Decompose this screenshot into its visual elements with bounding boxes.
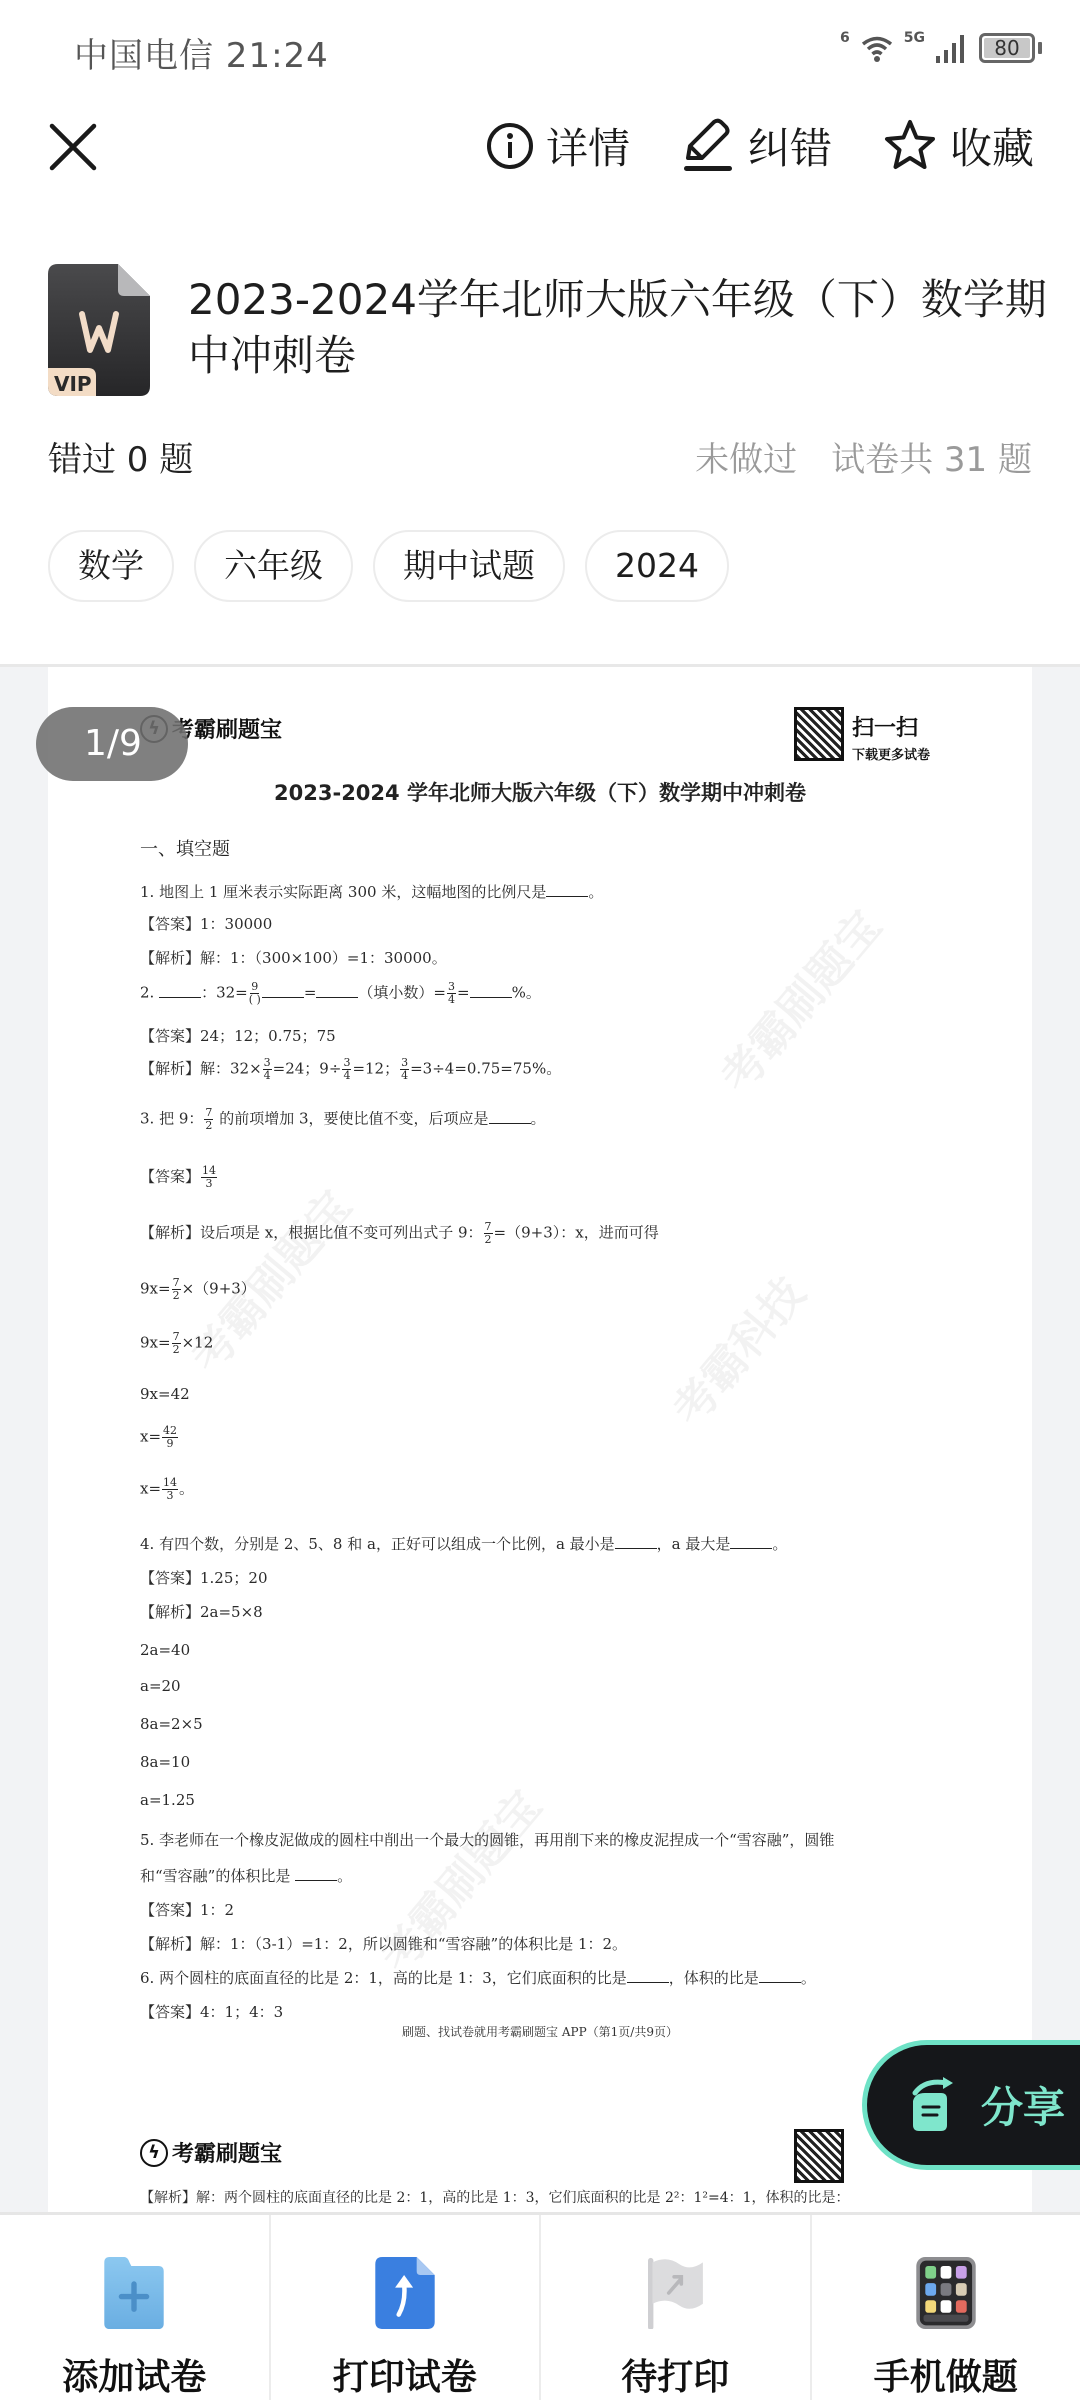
favorite-button[interactable]: 收藏 <box>882 116 1034 176</box>
tag-grade[interactable]: 六年级 <box>194 530 353 602</box>
lightning-icon: ϟ <box>140 2139 168 2167</box>
battery-icon: 80 <box>979 33 1042 63</box>
qr-code <box>794 707 844 761</box>
top-header: 详情 纠错 收藏 <box>0 100 1080 192</box>
add-folder-icon <box>101 2257 167 2329</box>
mobile-practice-button[interactable]: 手机做题 <box>812 2215 1080 2400</box>
tag-year[interactable]: 2024 <box>585 530 729 602</box>
flag-icon <box>642 2257 708 2329</box>
brand-logo: ϟ 考霸刷题宝 <box>140 2137 282 2168</box>
svg-text:VIP: VIP <box>54 372 92 396</box>
header-actions: 详情 纠错 收藏 <box>436 110 1034 182</box>
solution-step: 9x=72×（9+3） <box>140 1277 256 1302</box>
answer-3: 【答案】143 <box>140 1165 218 1190</box>
question-6: 6. 两个圆柱的底面直径的比是 2：1，高的比是 1：3，它们底面积的比是，体积… <box>140 1967 816 1988</box>
mobile-practice-label: 手机做题 <box>874 2349 1018 2400</box>
answer-2: 【答案】24；12；0.75；75 <box>140 1025 336 1046</box>
paper-title: 2023-2024 学年北师大版六年级（下）数学期中冲刺卷 <box>48 777 1032 807</box>
pending-print-label: 待打印 <box>621 2349 729 2400</box>
question-4: 4. 有四个数，分别是 2、5、8 和 a，正好可以组成一个比例，a 最小是，a… <box>140 1533 787 1554</box>
explanation-3: 【解析】设后项是 x，根据比值不变可列出式子 9：72=（9+3）：x，进而可得 <box>140 1221 659 1246</box>
qr-title: 扫一扫 <box>852 711 930 742</box>
qr-code <box>794 2129 844 2183</box>
wifi-badge: 6 <box>840 30 850 46</box>
solution-step: 9x=72×12 <box>140 1331 213 1356</box>
add-paper-label: 添加试卷 <box>62 2349 206 2400</box>
document-viewer[interactable]: 考霸刷题宝 考霸刷题宝 考霸科技 考霸刷题宝 ϟ 考霸刷题宝 扫一扫 下载更多试… <box>0 664 1080 2212</box>
answer-6: 【答案】4：1；4：3 <box>140 2001 283 2022</box>
explanation-6: 【解析】解：两个圆柱的底面直径的比是 2：1，高的比是 1：3，它们底面积的比是… <box>140 2187 850 2207</box>
section-heading: 一、填空题 <box>140 835 230 861</box>
add-paper-button[interactable]: 添加试卷 <box>0 2215 271 2400</box>
info-icon <box>486 122 534 170</box>
details-button[interactable]: 详情 <box>486 116 630 176</box>
question-5-cont: 和“雪容融”的体积比是 。 <box>140 1865 352 1886</box>
solution-step: x=429 <box>140 1425 179 1450</box>
solution-step: 2a=40 <box>140 1641 190 1659</box>
brand-name: 考霸刷题宝 <box>172 2137 282 2168</box>
meta-row: 错过 0 题 未做过试卷共 31 题 <box>48 432 1032 482</box>
pencil-icon <box>680 118 736 174</box>
network-label: 5G <box>904 30 925 46</box>
qr-subtitle: 下载更多试卷 <box>852 744 930 763</box>
tag-exam-type[interactable]: 期中试题 <box>373 530 565 602</box>
print-document-icon <box>372 2257 438 2329</box>
wifi-icon <box>860 33 894 63</box>
tag-list: 数学 六年级 期中试题 2024 <box>48 530 729 602</box>
answer-4: 【答案】1.25；20 <box>140 1567 268 1588</box>
favorite-label: 收藏 <box>950 116 1034 176</box>
status-bar: 中国电信 21:24 6 5G 80 <box>0 0 1080 100</box>
star-icon <box>882 118 938 174</box>
print-paper-label: 打印试卷 <box>333 2349 477 2400</box>
solution-step: 8a=2×5 <box>140 1715 203 1733</box>
answer-1: 【答案】1：30000 <box>140 913 272 934</box>
report-error-label: 纠错 <box>748 116 832 176</box>
report-error-button[interactable]: 纠错 <box>680 116 832 176</box>
total-questions: 试卷共 31 题 <box>831 440 1032 480</box>
solution-step: 8a=10 <box>140 1753 190 1771</box>
signal-icon <box>935 32 969 64</box>
explanation-4: 【解析】2a=5×8 <box>140 1601 263 1622</box>
answer-5: 【答案】1：2 <box>140 1899 234 1920</box>
done-status: 未做过 <box>695 440 797 480</box>
share-label: 分享 <box>981 2075 1065 2135</box>
carrier-time: 中国电信 21:24 <box>74 28 329 77</box>
paper-page: 考霸刷题宝 考霸刷题宝 考霸科技 考霸刷题宝 ϟ 考霸刷题宝 扫一扫 下载更多试… <box>48 667 1032 2212</box>
explanation-5: 【解析】解：1：（3-1）=1：2，所以圆锥和“雪容融”的体积比是 1：2。 <box>140 1933 627 1954</box>
solution-step: x=143。 <box>140 1477 194 1502</box>
solution-step: a=1.25 <box>140 1791 195 1809</box>
pending-print-button[interactable]: 待打印 <box>541 2215 812 2400</box>
question-1: 1. 地图上 1 厘米表示实际距离 300 米，这幅地图的比例尺是。 <box>140 881 603 902</box>
meta-status: 未做过试卷共 31 题 <box>695 432 1032 481</box>
word-file-icon: VIP <box>48 264 150 396</box>
share-icon <box>907 2077 959 2133</box>
close-icon[interactable] <box>44 118 102 176</box>
solution-step: 9x=42 <box>140 1385 190 1403</box>
watermark: 考霸刷题宝 <box>703 894 893 1104</box>
page-footer: 刷题、找试卷就用考霸刷题宝 APP（第1页/共9页） <box>48 2023 1032 2040</box>
print-paper-button[interactable]: 打印试卷 <box>271 2215 542 2400</box>
explanation-1: 【解析】解：1：（300×100）=1：30000。 <box>140 947 447 968</box>
watermark: 考霸科技 <box>655 1261 817 1437</box>
share-button[interactable]: 分享 <box>862 2040 1080 2170</box>
status-icons: 6 5G 80 <box>840 32 1042 64</box>
brand-name: 考霸刷题宝 <box>172 713 282 744</box>
tag-subject[interactable]: 数学 <box>48 530 174 602</box>
battery-level: 80 <box>984 38 1030 58</box>
details-label: 详情 <box>546 116 630 176</box>
question-5: 5. 李老师在一个橡皮泥做成的圆柱中削出一个最大的圆锥，再用削下来的橡皮泥捏成一… <box>140 1829 834 1850</box>
page-indicator: 1/9 <box>36 707 188 781</box>
wrong-count: 错过 0 题 <box>48 432 193 481</box>
bottom-nav: 添加试卷 打印试卷 待打印 <box>0 2212 1080 2400</box>
question-3: 3. 把 9：72 的前项增加 3，要使比值不变，后项应是。 <box>140 1107 546 1132</box>
phone-apps-icon <box>913 2257 979 2329</box>
qr-caption: 扫一扫 下载更多试卷 <box>852 711 930 763</box>
explanation-2: 【解析】解：32×34=24；9÷34=12；34=3÷4=0.75=75%。 <box>140 1057 561 1082</box>
question-2: 2. ：32=9( )=（填小数）=34=%。 <box>140 981 541 1006</box>
document-title: 2023-2024学年北师大版六年级（下）数学期中冲刺卷 <box>188 272 1048 384</box>
solution-step: a=20 <box>140 1677 181 1695</box>
